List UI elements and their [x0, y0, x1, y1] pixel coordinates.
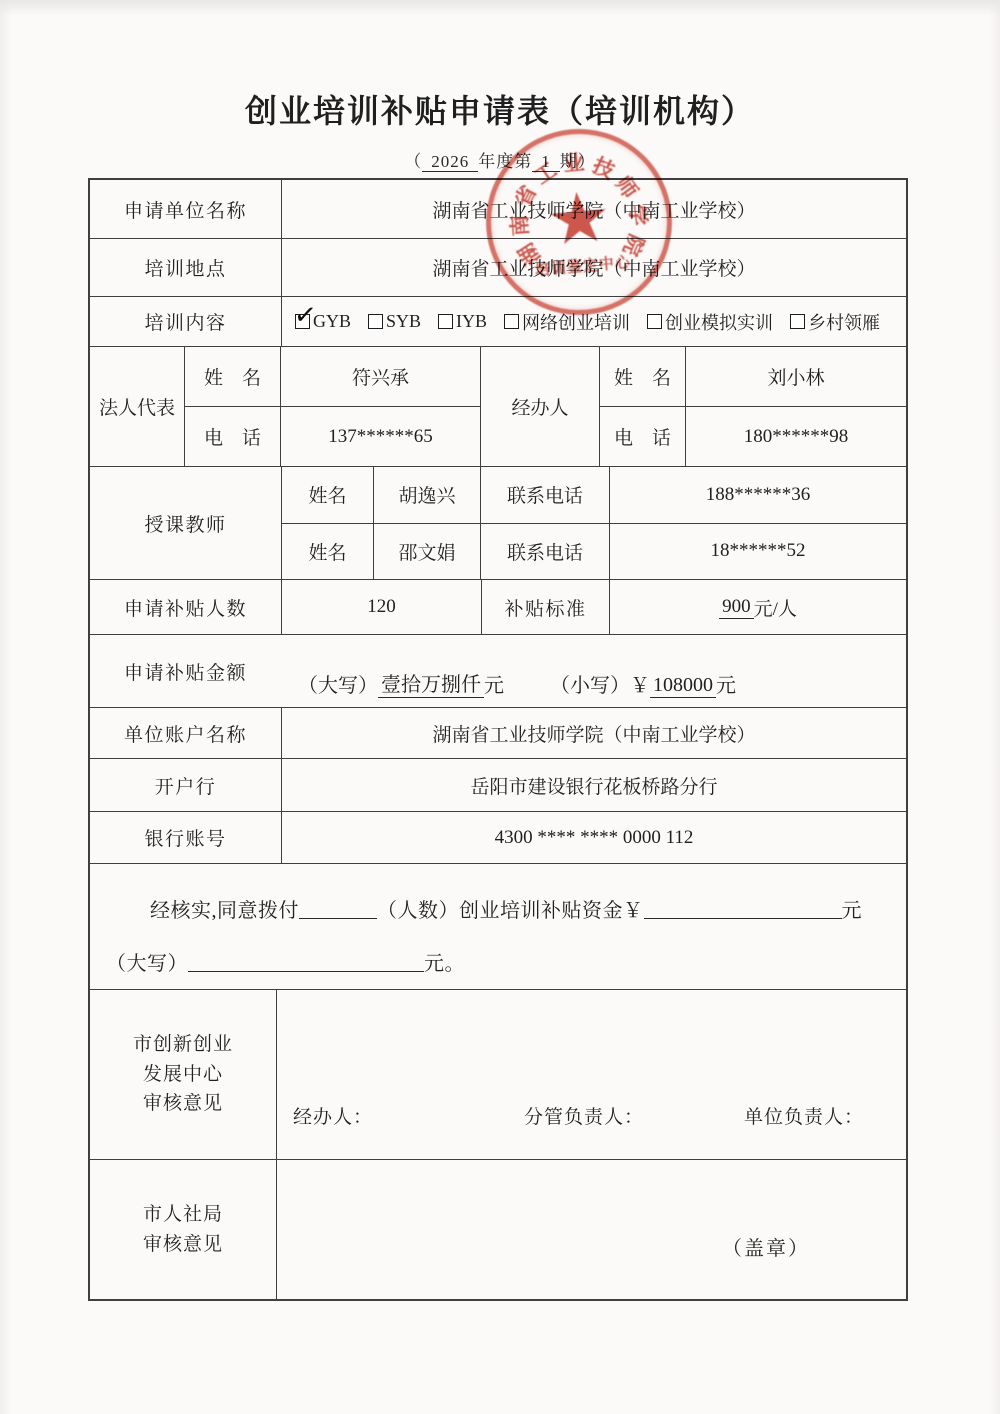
teacher2-phone: 18******52	[610, 523, 906, 580]
teacher-name-labels: 姓名 姓名	[281, 467, 373, 579]
stamp-hint: （盖章）	[722, 1232, 810, 1261]
amount-daxie-value: 壹拾万捌仟	[378, 668, 484, 698]
teacher1-name: 胡逸兴	[374, 467, 480, 523]
subtitle-year: 2026	[422, 152, 478, 172]
teachers-label: 授课教师	[90, 467, 281, 579]
blank-line-headcount	[299, 898, 377, 919]
training-option-创业模拟实训: 创业模拟实训	[647, 309, 773, 335]
legal-rep-label: 法人代表	[90, 347, 184, 466]
center-review-signer-handler: 经办人：	[293, 1102, 373, 1129]
row-center-review: 市创新创业 发展中心 审核意见 经办人： 分管负责人： 单位负责人：	[90, 989, 906, 1159]
bureau-review-label: 市人社局 审核意见	[90, 1160, 276, 1299]
checkbox-icon	[790, 314, 805, 329]
row-approval: 经核实,同意拨付（人数）创业培训补贴资金￥元 （大写）元。	[90, 863, 906, 989]
subtitle-mid: 年度第	[478, 152, 532, 171]
approval-line2: （大写）元。	[106, 947, 890, 976]
amount-xiaoxie-value: 108000	[650, 674, 716, 698]
amount-xiaoxie-suffix: 元	[716, 669, 736, 698]
legal-rep-phone-value: 137******65	[281, 406, 480, 466]
training-content-label: 培训内容	[90, 297, 281, 346]
bank-value: 岳阳市建设银行花板桥路分行	[281, 759, 906, 811]
center-review-signer-supervisor: 分管负责人：	[524, 1102, 644, 1129]
page-subtitle: （2026年度第1期）	[0, 147, 1000, 172]
row-account-name: 单位账户名称 湖南省工业技师学院（中南工业学校）	[90, 707, 906, 758]
teacher1-phone: 188******36	[610, 467, 906, 523]
checkbox-icon	[438, 314, 453, 329]
training-option-SYB: SYB	[368, 311, 421, 332]
checkbox-icon	[368, 314, 383, 329]
checkbox-icon	[504, 314, 519, 329]
approval-line2-suffix: 元。	[424, 953, 465, 975]
checkbox-checked-icon: ✓	[295, 314, 310, 329]
handler-field-labels: 姓 名 电 话	[599, 347, 685, 466]
standard-amount: 900	[719, 596, 754, 619]
account-name-label: 单位账户名称	[90, 708, 281, 758]
handler-phone-label: 电 话	[600, 406, 685, 466]
application-form-table: 申请单位名称 湖南省工业技师学院（中南工业学校） 培训地点 湖南省工业技师学院（…	[88, 178, 908, 1301]
center-review-label-line1: 市创新创业	[133, 1030, 233, 1059]
amount-value: （大写）壹拾万捌仟元（小写）￥108000元	[281, 635, 906, 707]
location-label: 培训地点	[90, 239, 281, 296]
center-review-area: 经办人： 分管负责人： 单位负责人：	[276, 990, 906, 1159]
amount-label: 申请补贴金额	[90, 635, 281, 707]
checkbox-icon	[647, 314, 662, 329]
amount-xiaoxie-prefix: （小写）￥	[550, 669, 650, 698]
center-review-signer-head: 单位负责人：	[744, 1102, 864, 1129]
account-no-label: 银行账号	[90, 812, 281, 863]
location-value: 湖南省工业技师学院（中南工业学校）	[281, 239, 906, 296]
row-legal-rep-handler: 法人代表 姓 名 电 话 符兴承 137******65 经办人 姓 名 电 话…	[90, 346, 906, 466]
handler-name-value: 刘小林	[686, 347, 906, 406]
unit-name-label: 申请单位名称	[90, 180, 281, 238]
row-account-no: 银行账号 4300 **** **** 0000 112	[90, 811, 906, 863]
approval-line1-suffix: 元	[842, 900, 863, 922]
row-teachers: 授课教师 姓名 姓名 胡逸兴 邵文娟 联系电话 联系电话 188******36…	[90, 466, 906, 579]
row-location: 培训地点 湖南省工业技师学院（中南工业学校）	[90, 238, 906, 296]
row-training-content: 培训内容 ✓GYBSYBIYB网络创业培训创业模拟实训乡村领雁	[90, 296, 906, 346]
amount-daxie-suffix: 元	[484, 669, 504, 698]
handler-name-label: 姓 名	[600, 347, 685, 406]
teacher-phone-labels: 联系电话 联系电话	[480, 467, 609, 579]
bureau-review-area: （盖章）	[276, 1160, 906, 1299]
approval-line1: 经核实,同意拨付（人数）创业培训补贴资金￥元	[150, 894, 890, 923]
teacher1-phone-label: 联系电话	[481, 467, 609, 523]
center-review-label-line3: 审核意见	[143, 1089, 223, 1118]
legal-rep-phone-label: 电 话	[185, 406, 280, 466]
handler-label: 经办人	[480, 347, 599, 466]
row-bureau-review: 市人社局 审核意见 （盖章）	[90, 1159, 906, 1299]
approval-text: 经核实,同意拨付（人数）创业培训补贴资金￥元 （大写）元。	[90, 864, 906, 989]
teacher1-name-label: 姓名	[282, 467, 373, 523]
subtitle-term: 1	[532, 152, 560, 172]
standard-value: 900元/人	[609, 580, 906, 634]
center-review-label-line2: 发展中心	[143, 1060, 223, 1089]
account-name-value: 湖南省工业技师学院（中南工业学校）	[281, 708, 906, 758]
amount-daxie-prefix: （大写）	[298, 669, 378, 698]
training-option-label: 网络创业培训	[522, 309, 630, 335]
training-options: ✓GYBSYBIYB网络创业培训创业模拟实训乡村领雁	[281, 297, 906, 346]
training-option-乡村领雁: 乡村领雁	[790, 309, 880, 335]
teacher-names: 胡逸兴 邵文娟	[373, 467, 480, 579]
training-option-网络创业培训: 网络创业培训	[504, 309, 630, 335]
bank-label: 开户行	[90, 759, 281, 811]
headcount-label: 申请补贴人数	[90, 580, 281, 634]
check-mark-icon: ✓	[292, 299, 318, 332]
blank-line-amount	[644, 898, 842, 919]
subtitle-open: （	[404, 152, 422, 171]
page-title: 创业培训补贴申请表（培训机构）	[0, 86, 1000, 132]
teacher2-phone-label: 联系电话	[481, 523, 609, 580]
legal-rep-name-label: 姓 名	[185, 347, 280, 406]
legal-rep-field-labels: 姓 名 电 话	[184, 347, 280, 466]
teacher2-name-label: 姓名	[282, 523, 373, 580]
legal-rep-values: 符兴承 137******65	[280, 347, 480, 466]
handler-phone-value: 180******98	[686, 406, 906, 466]
subtitle-close: 期）	[560, 152, 596, 171]
approval-line1-part1: 经核实,同意拨付	[150, 900, 299, 922]
headcount-value: 120	[281, 580, 481, 634]
training-option-label: 乡村领雁	[808, 309, 880, 335]
center-review-label: 市创新创业 发展中心 审核意见	[90, 990, 276, 1159]
handler-values: 刘小林 180******98	[685, 347, 906, 466]
approval-line2-prefix: （大写）	[106, 953, 188, 975]
blank-line-daxie	[188, 951, 424, 972]
legal-rep-name-value: 符兴承	[281, 347, 480, 406]
training-option-IYB: IYB	[438, 311, 487, 332]
standard-label: 补贴标准	[481, 580, 609, 634]
row-bank: 开户行 岳阳市建设银行花板桥路分行	[90, 758, 906, 811]
teacher2-name: 邵文娟	[374, 523, 480, 580]
row-headcount: 申请补贴人数 120 补贴标准 900元/人	[90, 579, 906, 634]
training-option-label: GYB	[313, 311, 351, 332]
training-option-GYB: ✓GYB	[295, 311, 351, 332]
unit-name-value: 湖南省工业技师学院（中南工业学校）	[281, 180, 906, 238]
bureau-review-label-line2: 审核意见	[143, 1230, 223, 1259]
training-option-label: 创业模拟实训	[665, 309, 773, 335]
row-amount: 申请补贴金额 （大写）壹拾万捌仟元（小写）￥108000元	[90, 634, 906, 707]
teacher-phones: 188******36 18******52	[609, 467, 906, 579]
row-unit-name: 申请单位名称 湖南省工业技师学院（中南工业学校）	[90, 180, 906, 238]
approval-line1-part2: （人数）创业培训补贴资金￥	[377, 900, 644, 922]
bureau-review-label-line1: 市人社局	[143, 1200, 223, 1229]
training-option-label: IYB	[456, 311, 487, 332]
account-no-value: 4300 **** **** 0000 112	[281, 812, 906, 863]
standard-unit: 元/人	[754, 594, 797, 621]
training-option-label: SYB	[386, 311, 421, 332]
